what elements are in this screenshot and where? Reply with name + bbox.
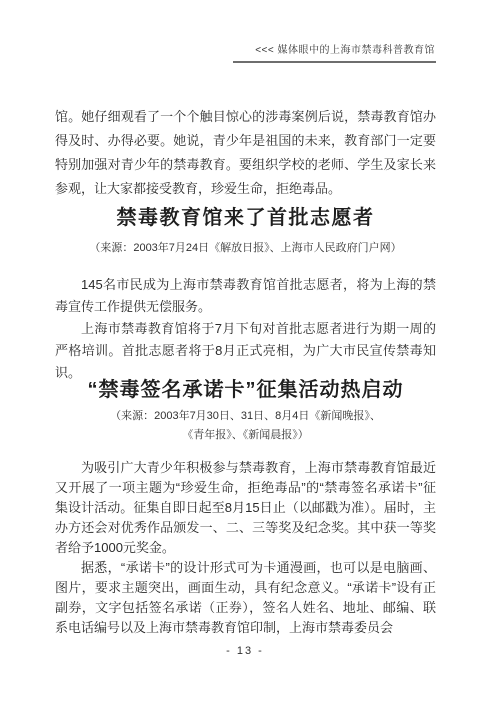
section2-paragraph-1: 为吸引广大青少年积极参与禁毒教育，上海市禁毒教育馆最近又开展了一项主题为“珍爱生…	[55, 458, 436, 558]
intro-paragraph: 馆。她仔细观看了一个个触目惊心的涉毒案例后说，禁毒教育馆办得及时、办得必要。她说…	[55, 105, 436, 201]
section1-body: 145名市民成为上海市禁毒教育馆首批志愿者，将为上海的禁毒宣传工作提供无偿服务。…	[55, 274, 436, 384]
section2-paragraph-2: 据悉，“承诺卡”的设计形式可为卡通漫画，也可以是电脑画、图片，要求主题突出，画面…	[55, 558, 436, 638]
section1-paragraph-1: 145名市民成为上海市禁毒教育馆首批志愿者，将为上海的禁毒宣传工作提供无偿服务。	[55, 274, 436, 318]
page-number: - 13 -	[0, 645, 490, 657]
section1-title: 禁毒教育馆来了首批志愿者	[55, 205, 436, 231]
section2-source-line2: 《青年报》、《新闻晨报》）	[55, 426, 436, 445]
section1-paragraph-2: 上海市禁毒教育馆将于7月下旬对首批志愿者进行为期一周的严格培训。首批志愿者将于8…	[55, 318, 436, 384]
document-page: <<< 媒体眼中的上海市禁毒科普教育馆 馆。她仔细观看了一个个触目惊心的涉毒案例…	[0, 0, 490, 703]
section1-source: （来源：2003年7月24日《解放日报》、上海市人民政府门户网）	[55, 239, 436, 258]
section2-source-line1: （来源：2003年7月30日、31日、8月4日《新闻晚报》、	[55, 407, 436, 426]
section2-body: 为吸引广大青少年积极参与禁毒教育，上海市禁毒教育馆最近又开展了一项主题为“珍爱生…	[55, 458, 436, 638]
running-head: <<< 媒体眼中的上海市禁毒科普教育馆	[233, 44, 436, 63]
page-header: <<< 媒体眼中的上海市禁毒科普教育馆	[233, 40, 436, 63]
section2-source: （来源：2003年7月30日、31日、8月4日《新闻晚报》、 《青年报》、《新闻…	[55, 407, 436, 445]
section2-title: “禁毒签名承诺卡”征集活动热启动	[55, 377, 436, 403]
